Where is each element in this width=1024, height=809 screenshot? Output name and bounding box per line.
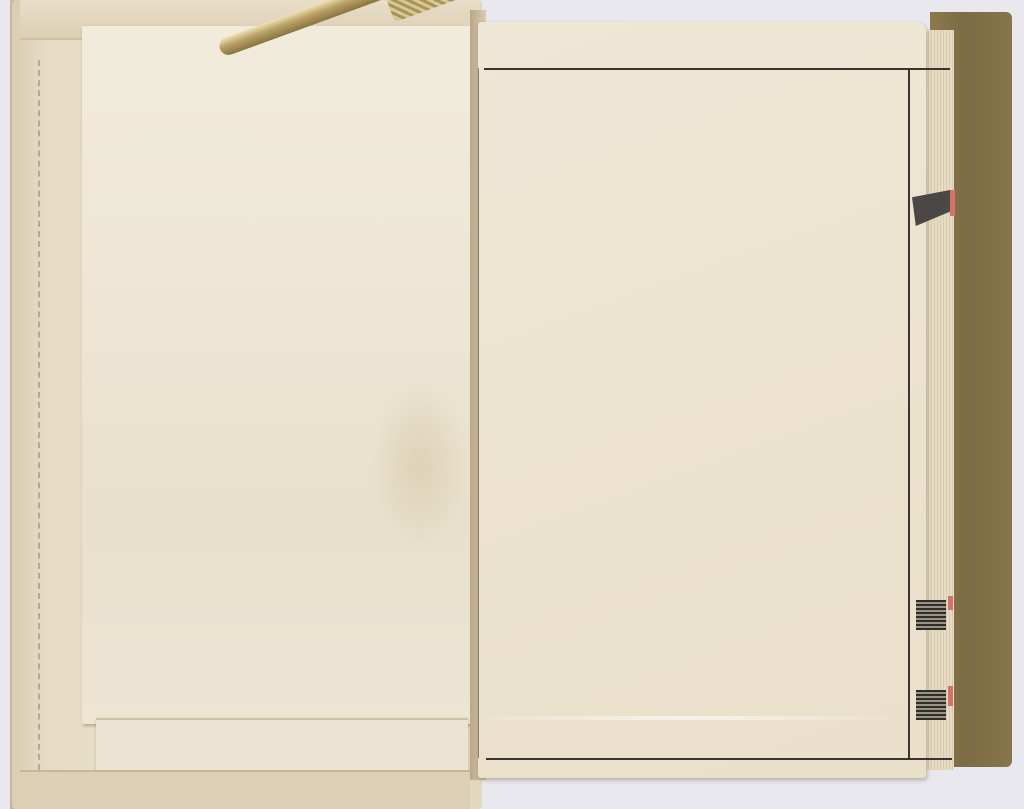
frame-line-right [908,68,910,758]
red-tab-bottom [948,686,953,706]
frame-line-top [484,68,950,70]
frame-line-bottom [486,758,952,760]
pocket-bottom-flap [96,718,468,776]
cloth-pocket [82,26,474,724]
frame-line-left [478,68,479,758]
edge-print-mark-middle [916,600,946,630]
blank-page [478,22,926,778]
red-tab-middle [948,596,953,610]
page-fold [486,716,886,720]
water-stain [370,380,470,550]
cover-bottom-band [20,770,470,809]
red-tab-top [950,190,955,216]
edge-print-mark-bottom [916,690,946,720]
stitching-line [38,60,40,780]
